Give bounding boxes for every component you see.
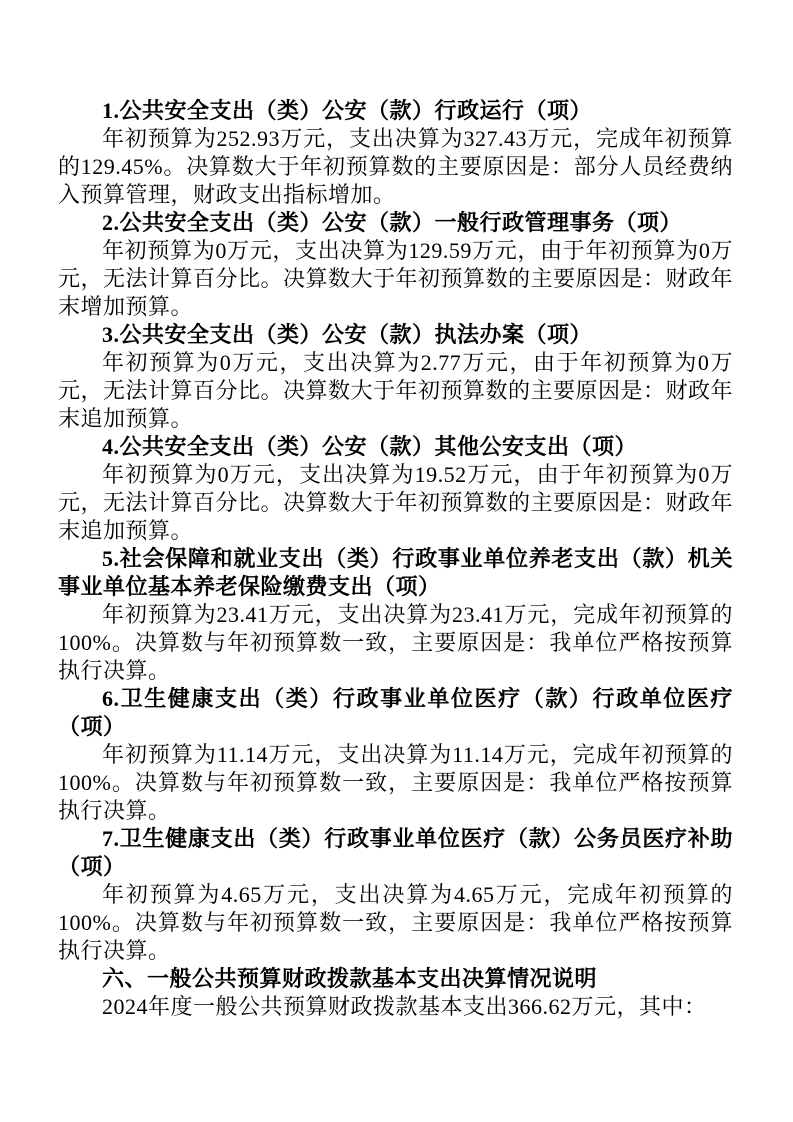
section-heading-5: 5.社会保障和就业支出（类）行政事业单位养老支出（款）机关事业单位基本养老保险缴…: [58, 545, 733, 601]
document-page: 1.公共安全支出（类）公安（款）行政运行（项）年初预算为252.93万元，支出决…: [0, 0, 793, 1122]
section-heading-2: 2.公共安全支出（类）公安（款）一般行政管理事务（项）: [58, 209, 733, 237]
section-paragraph-4: 年初预算为0万元，支出决算为19.52万元，由于年初预算为0万元，无法计算百分比…: [58, 461, 733, 545]
section-heading-8: 六、一般公共预算财政拨款基本支出决算情况说明: [58, 965, 733, 993]
section-paragraph-8: 2024年度一般公共预算财政拨款基本支出366.62万元，其中：: [58, 993, 733, 1021]
section-heading-3: 3.公共安全支出（类）公安（款）执法办案（项）: [58, 321, 733, 349]
section-heading-7: 7.卫生健康支出（类）行政事业单位医疗（款）公务员医疗补助（项）: [58, 825, 733, 881]
section-heading-1: 1.公共安全支出（类）公安（款）行政运行（项）: [58, 97, 733, 125]
section-paragraph-3: 年初预算为0万元，支出决算为2.77万元，由于年初预算为0万元，无法计算百分比。…: [58, 349, 733, 433]
section-paragraph-6: 年初预算为11.14万元，支出决算为11.14万元，完成年初预算的100%。决算…: [58, 741, 733, 825]
section-paragraph-1: 年初预算为252.93万元，支出决算为327.43万元，完成年初预算的129.4…: [58, 125, 733, 209]
section-paragraph-5: 年初预算为23.41万元，支出决算为23.41万元，完成年初预算的100%。决算…: [58, 601, 733, 685]
section-paragraph-7: 年初预算为4.65万元，支出决算为4.65万元，完成年初预算的100%。决算数与…: [58, 881, 733, 965]
section-paragraph-2: 年初预算为0万元，支出决算为129.59万元，由于年初预算为0万元，无法计算百分…: [58, 237, 733, 321]
document-content: 1.公共安全支出（类）公安（款）行政运行（项）年初预算为252.93万元，支出决…: [58, 97, 733, 1021]
section-heading-6: 6.卫生健康支出（类）行政事业单位医疗（款）行政单位医疗（项）: [58, 685, 733, 741]
section-heading-4: 4.公共安全支出（类）公安（款）其他公安支出（项）: [58, 433, 733, 461]
